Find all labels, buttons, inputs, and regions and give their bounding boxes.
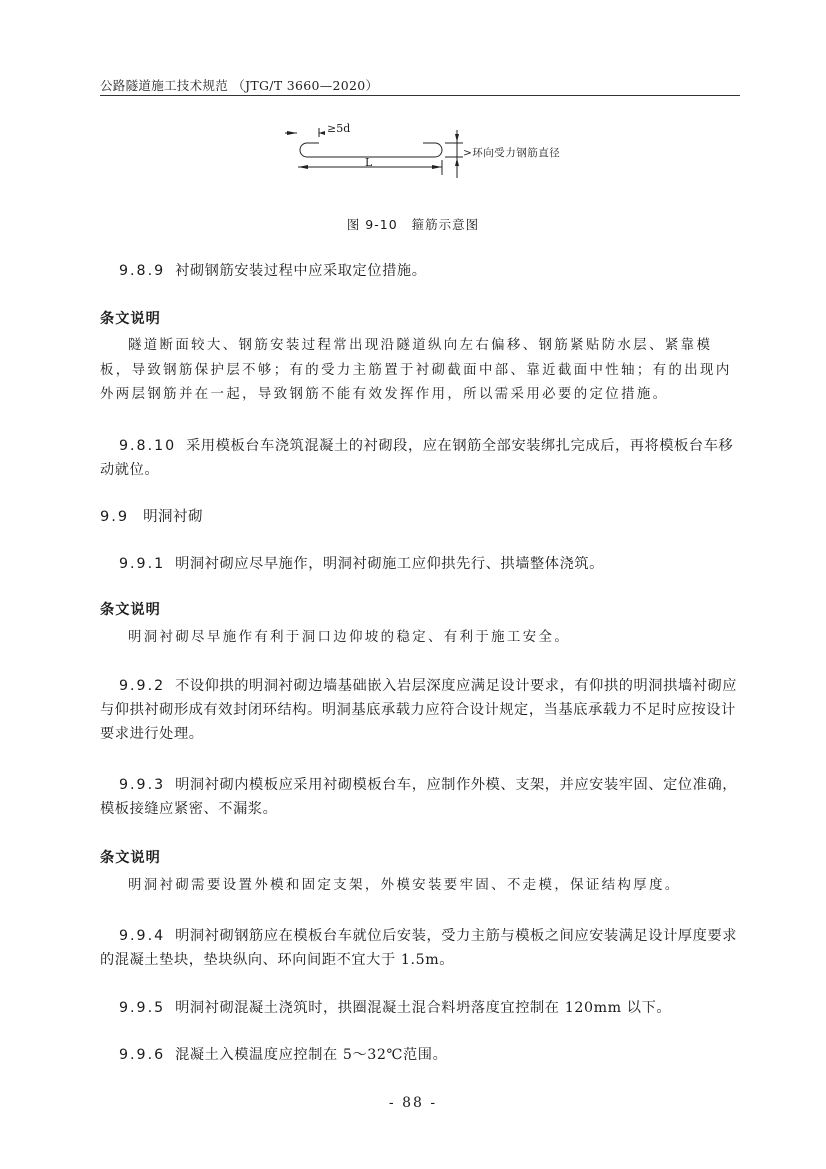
stirrup-diagram: ≥5d L >环向受力钢筋直径: [285, 120, 575, 185]
clause-number: 9.9.3: [119, 777, 165, 793]
clause-9-9-2: 9.9.2不设仰拱的明洞衬砌边墙基础嵌入岩层深度应满足设计要求，有仰拱的明洞拱墙…: [100, 674, 742, 746]
clause-number: 9.9.6: [119, 1047, 165, 1063]
clause-9-9-5: 9.9.5明洞衬砌混凝土浇筑时，拱圈混凝土混合料坍落度宜控制在 120mm 以下…: [100, 996, 742, 1020]
clause-text: 衬砌钢筋安装过程中应采取定位措施。: [175, 263, 426, 279]
clause-number: 9.9.5: [119, 1000, 165, 1016]
section-heading: 9.9明洞衬砌: [100, 505, 742, 529]
running-header: 公路隧道施工技术规范 （JTG/T 3660—2020）: [100, 76, 378, 94]
clause-number: 9.9.1: [119, 556, 165, 572]
diameter-label: >环向受力钢筋直径: [463, 145, 560, 160]
clause-number: 9.8.10: [119, 438, 176, 454]
clause-number: 9.9.4: [119, 928, 165, 944]
page-number: - 88 -: [0, 1095, 826, 1111]
clause-text: 混凝土入模温度应控制在 5～32℃范围。: [175, 1047, 447, 1063]
note-title: 条文说明: [100, 307, 742, 331]
header-divider: [100, 95, 740, 96]
clause-text: 明洞衬砌混凝土浇筑时，拱圈混凝土混合料坍落度宜控制在 120mm 以下。: [175, 1000, 671, 1016]
clause-9-9-6: 9.9.6混凝土入模温度应控制在 5～32℃范围。: [100, 1043, 742, 1067]
note-text: 明洞衬砌需要设置外模和固定支架，外模安装要牢固、不走模，保证结构厚度。: [100, 874, 742, 899]
clause-9-9-1: 9.9.1明洞衬砌应尽早施作，明洞衬砌施工应仰拱先行、拱墙整体浇筑。: [100, 552, 742, 576]
note-title: 条文说明: [100, 846, 742, 870]
clause-number: 9.8.9: [119, 263, 165, 279]
note-title: 条文说明: [100, 598, 742, 622]
length-label: L: [365, 156, 372, 169]
clause-text: 明洞衬砌钢筋应在模板台车就位后安装，受力主筋与模板之间应安装满足设计厚度要求的混…: [100, 928, 737, 968]
clause-9-9-4: 9.9.4明洞衬砌钢筋应在模板台车就位后安装，受力主筋与模板之间应安装满足设计厚…: [100, 924, 742, 972]
clause-number: 9.9.2: [119, 678, 165, 694]
clause-text: 明洞衬砌应尽早施作，明洞衬砌施工应仰拱先行、拱墙整体浇筑。: [175, 556, 604, 572]
min-hook-label: ≥5d: [327, 122, 350, 135]
figure-title: 箍筋示意图: [412, 217, 480, 232]
note-text: 隧道断面较大、钢筋安装过程常出现沿隧道纵向左右偏移、钢筋紧贴防水层、紧靠模板，导…: [100, 334, 742, 408]
clause-text: 明洞衬砌内模板应采用衬砌模板台车，应制作外模、支架，并应安装牢固、定位准确，模板…: [100, 777, 737, 817]
clause-9-9-3: 9.9.3明洞衬砌内模板应采用衬砌模板台车，应制作外模、支架，并应安装牢固、定位…: [100, 773, 742, 821]
note-text: 明洞衬砌尽早施作有利于洞口边仰坡的稳定、有利于施工安全。: [100, 626, 742, 651]
section-title: 明洞衬砌: [143, 509, 203, 525]
figure-number: 图 9-10: [347, 217, 398, 232]
clause-text: 不设仰拱的明洞衬砌边墙基础嵌入岩层深度应满足设计要求，有仰拱的明洞拱墙衬砌应与仰…: [100, 678, 737, 742]
clause-9-8-9: 9.8.9衬砌钢筋安装过程中应采取定位措施。: [100, 259, 742, 283]
clause-text: 采用模板台车浇筑混凝土的衬砌段，应在钢筋全部安装绑扎完成后，再将模板台车移动就位…: [100, 438, 733, 478]
figure-caption: 图 9-10箍筋示意图: [0, 215, 826, 233]
clause-9-8-10: 9.8.10采用模板台车浇筑混凝土的衬砌段，应在钢筋全部安装绑扎完成后，再将模板…: [100, 434, 742, 482]
section-number: 9.9: [100, 509, 129, 525]
